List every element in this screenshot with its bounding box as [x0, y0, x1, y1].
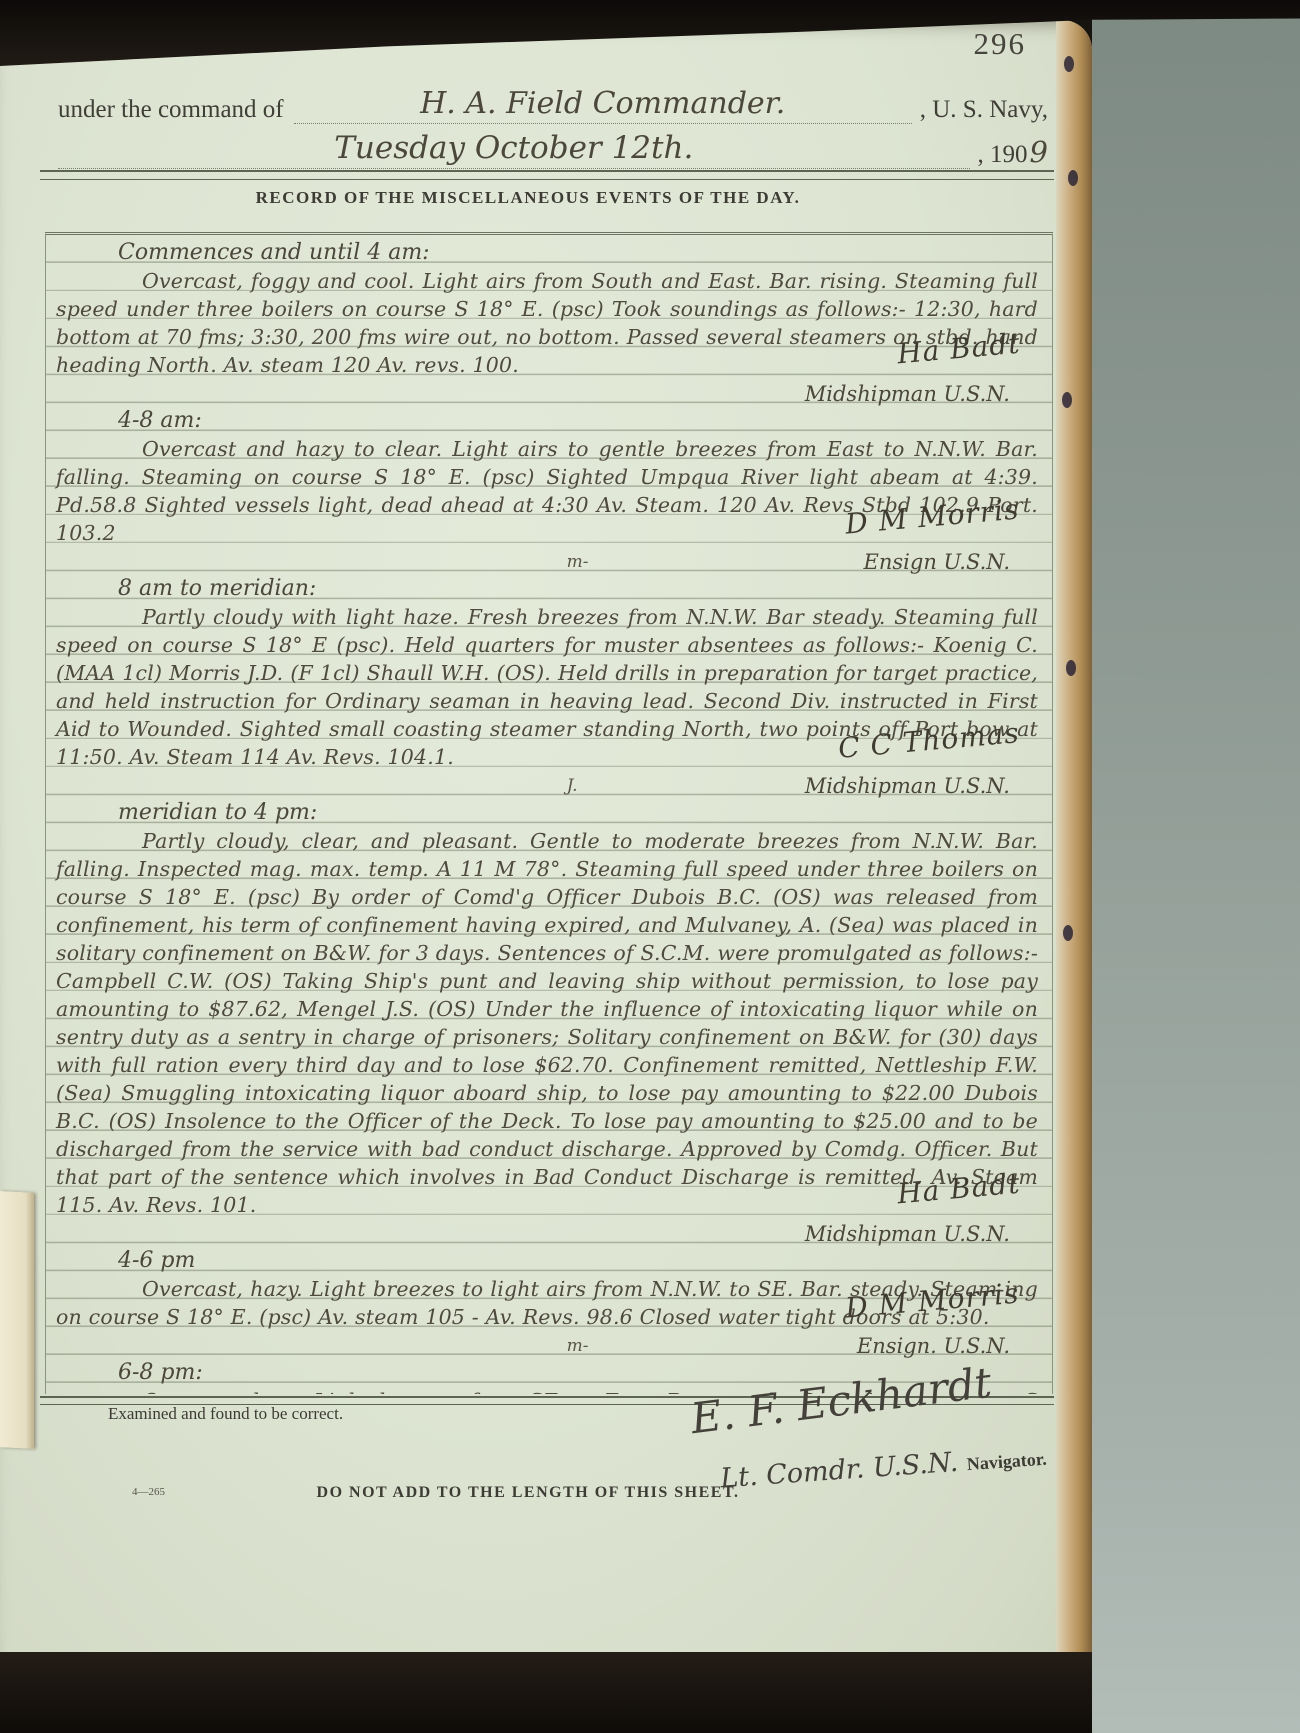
year-prefix-label: , 190: [970, 141, 1028, 169]
fore-edge-ink-mark: [1064, 56, 1074, 72]
commander-name-handwritten: H. A. Field Commander.: [294, 86, 912, 124]
entry-heading: meridian to 4 pm:: [56, 799, 1038, 827]
fore-edge-ink-mark: [1062, 392, 1072, 408]
entry-section-0800-meridian: 8 am to meridian: Partly cloudy with lig…: [56, 575, 1038, 771]
examined-statement: Examined and found to be correct.: [108, 1404, 343, 1424]
entry-body: Overcast, foggy and cool. Light airs fro…: [56, 267, 1038, 379]
watch-mark: m-: [567, 1336, 589, 1356]
signature-rank: Midshipman U.S.N.: [805, 382, 1010, 406]
signature-rank: Ensign U.S.N.: [864, 550, 1010, 574]
navy-suffix-label: , U. S. Navy,: [912, 96, 1048, 124]
do-not-add-notice: DO NOT ADD TO THE LENGTH OF THIS SHEET.: [0, 1484, 1056, 1502]
book-fore-edge: [1056, 20, 1092, 1654]
entry-heading: Commences and until 4 am:: [56, 239, 1038, 267]
entry-section-meridian-1600: meridian to 4 pm: Partly cloudy, clear, …: [56, 799, 1038, 1219]
fore-edge-ink-mark: [1068, 170, 1078, 186]
signature-rank: Midshipman U.S.N.: [805, 1222, 1010, 1246]
foreground-shadow-bottom: [0, 1652, 1092, 1733]
page-number: 296: [974, 26, 1027, 62]
entry-section-1600-1800: 4-6 pm Overcast, hazy. Light breezes to …: [56, 1247, 1038, 1331]
date-line: Tuesday October 12th. , 190 9: [58, 130, 1048, 169]
entry-body: Partly cloudy, clear, and pleasant. Gent…: [56, 827, 1038, 1219]
entry-section-0000-0400: Commences and until 4 am: Overcast, fogg…: [56, 239, 1038, 379]
date-handwritten: Tuesday October 12th.: [58, 130, 970, 169]
year-digit-handwritten: 9: [1028, 135, 1048, 169]
entry-section-0400-0800: 4-8 am: Overcast and hazy to clear. Ligh…: [56, 407, 1038, 547]
watch-mark: m-: [567, 552, 589, 572]
fore-edge-ink-mark: [1063, 925, 1073, 941]
entry-heading: 8 am to meridian:: [56, 575, 1038, 603]
entry-heading: 4-8 am:: [56, 407, 1038, 435]
navigator-printed-label: Navigator.: [966, 1449, 1047, 1475]
command-prefix-label: under the command of: [58, 96, 294, 124]
logbook-page: 296 under the command of H. A. Field Com…: [0, 20, 1092, 1654]
table-background: [1092, 0, 1300, 1733]
entry-heading: 4-6 pm: [56, 1247, 1038, 1275]
signature-rank: Ensign. U.S.N.: [857, 1334, 1010, 1358]
log-entries-area: Commences and until 4 am: Overcast, fogg…: [45, 232, 1053, 1394]
record-title: RECORD OF THE MISCELLANEOUS EVENTS OF TH…: [0, 188, 1056, 208]
watch-mark: J.: [567, 776, 578, 796]
inserted-paper-slip: [0, 1191, 34, 1449]
signature-rank: Midshipman U.S.N.: [805, 774, 1010, 798]
logbook-photo: 296 under the command of H. A. Field Com…: [0, 0, 1300, 1733]
header-divider-rule: [40, 170, 1054, 180]
fore-edge-ink-mark: [1066, 660, 1076, 676]
command-line: under the command of H. A. Field Command…: [58, 86, 1048, 124]
